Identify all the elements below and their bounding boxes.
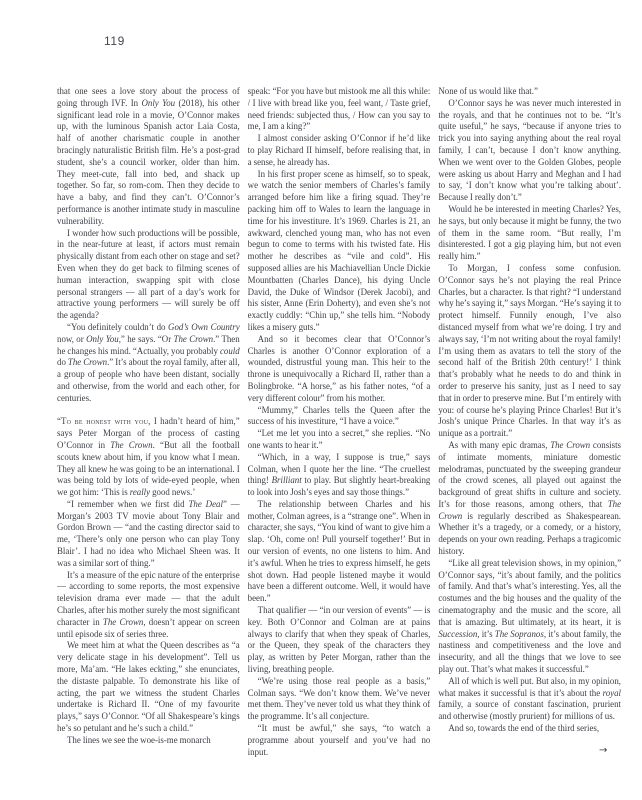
paragraph: “I remember when we first did The Deal” …	[57, 499, 240, 570]
paragraph: And so it becomes clear that O’Connor’s …	[248, 334, 431, 405]
magazine-page: 119 that one sees a love story about the…	[0, 0, 642, 800]
paragraph: To Morgan, I confess some confusion. O’C…	[438, 263, 621, 440]
paragraph: None of us would like that.”	[438, 86, 621, 98]
paragraph: The lines we see the woe-is-me monarch	[57, 735, 240, 747]
paragraph: The relationship between Charles and his…	[248, 499, 431, 605]
paragraph: “Mummy,” Charles tells the Queen after t…	[248, 405, 431, 429]
paragraph: “You definitely couldn’t do God’s Own Co…	[57, 322, 240, 405]
paragraph: That qualifier — “in our version of even…	[248, 605, 431, 676]
paragraph: that one sees a love story about the pro…	[57, 86, 240, 228]
paragraph: Would he be interested in meeting Charle…	[438, 204, 621, 263]
paragraph: I almost consider asking O’Connor if he’…	[248, 133, 431, 168]
paragraph: “Which, in a way, I suppose is true,” sa…	[248, 452, 431, 499]
paragraph: I wonder how such productions will be po…	[57, 228, 240, 322]
paragraph: It’s a measure of the epic nature of the…	[57, 570, 240, 641]
paragraph: speak: “For you have but mistook me all …	[248, 86, 431, 133]
paragraph: All of which is well put. But also, in m…	[438, 676, 621, 723]
text-column-2: speak: “For you have but mistook me all …	[248, 86, 431, 766]
paragraph: “Like all great television shows, in my …	[438, 558, 621, 676]
page-number: 119	[104, 34, 125, 48]
paragraph: In his first proper scene as himself, so…	[248, 169, 431, 334]
paragraph: We meet him at what the Queen describes …	[57, 640, 240, 734]
article-body: that one sees a love story about the pro…	[57, 86, 621, 766]
paragraph: And so, towards the end of the third ser…	[438, 723, 621, 735]
text-column-1: that one sees a love story about the pro…	[57, 86, 240, 766]
paragraph: “It must be awful,” she says, “to watch …	[248, 723, 431, 758]
paragraph: “Let me let you into a secret,” she repl…	[248, 428, 431, 452]
paragraph: O’Connor says he was never much interest…	[438, 98, 621, 204]
paragraph: As with many epic dramas, The Crown cons…	[438, 440, 621, 558]
continuation-arrow: →	[599, 745, 607, 756]
text-column-3: None of us would like that.”O’Connor say…	[438, 86, 621, 766]
paragraph: “To be honest with you, I hadn’t heard o…	[57, 416, 240, 499]
paragraph: “We’re using those real people as a basi…	[248, 676, 431, 723]
